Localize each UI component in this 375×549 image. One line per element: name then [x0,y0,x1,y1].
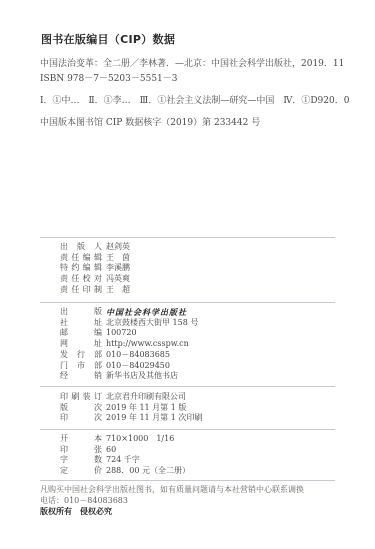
printing-row: 版次2019 年 11 月第 1 版 [60,403,202,414]
staff-value: 王 超 [106,285,130,296]
publisher-row: 门市部010－84029450 [60,361,198,372]
cip-bibliographic-line: 中国法治变革：全二册／李林著．—北京：中国社会科学出版社，2019．11 [40,56,344,69]
staff-row: 特约编辑李溪鹏 [60,263,130,274]
publisher-value: 010－84029450 [106,361,170,372]
footer-notice: 凡购买中国社会科学出版社图书，如有质量问题请与本社营销中心联系调换 [40,484,304,495]
specs-list: 开本710×1000 1/16 印张60 字数724 千字 定价288．00 元… [60,434,190,477]
printing-value: 2019 年 11 月第 1 次印刷 [106,413,202,424]
publisher-value: 新华书店及其他书店 [106,371,178,382]
staff-list: 出版人赵剑英 责任编辑王 茵 特约编辑李溪鹏 责任校对冯英爽 责任印制王 超 [60,242,130,296]
spec-row: 开本710×1000 1/16 [60,434,190,445]
spec-value: 724 千字 [106,455,140,466]
divider [40,429,335,430]
staff-row: 责任印制王 超 [60,285,130,296]
spec-value: 710×1000 1/16 [106,434,174,445]
printing-label: 印次 [60,413,102,424]
divider [40,480,335,481]
publisher-value: 100720 [106,328,137,339]
divider [40,386,335,387]
staff-label: 责任编辑 [60,253,102,264]
staff-value: 李溪鹏 [106,263,130,274]
staff-label: 责任印制 [60,285,102,296]
footer-phone: 电话：010－84083683 [40,495,304,506]
publisher-label: 门市部 [60,361,102,372]
publisher-label: 邮编 [60,328,102,339]
publisher-label: 发行部 [60,350,102,361]
cip-isbn: ISBN 978－7－5203－5551－3 [40,71,178,84]
publisher-row: 发行部010－84083685 [60,350,198,361]
printing-list: 印刷装订北京君升印刷有限公司 版次2019 年 11 月第 1 版 印次2019… [60,392,202,424]
spec-label: 字数 [60,455,102,466]
printing-value: 北京君升印刷有限公司 [106,392,186,403]
publisher-value: 北京鼓楼西大街甲 158 号 [106,318,198,329]
publisher-label: 社址 [60,318,102,329]
staff-row: 责任校对冯英爽 [60,274,130,285]
staff-label: 责任校对 [60,274,102,285]
spec-label: 开本 [60,434,102,445]
spec-label: 印张 [60,445,102,456]
divider [40,237,335,238]
staff-row: 责任编辑王 茵 [60,253,130,264]
footer: 凡购买中国社会科学出版社图书，如有质量问题请与本社营销中心联系调换 电话：010… [40,484,304,517]
printing-label: 印刷装订 [60,392,102,403]
publisher-row: 经销新华书店及其他书店 [60,371,198,382]
publisher-row: 网址http://www.csspw.cn [60,339,198,350]
publisher-row: 社址北京鼓楼西大街甲 158 号 [60,318,198,329]
publisher-row: 出版中国社会科学出版社 [60,307,198,318]
spec-value: 60 [106,445,116,456]
staff-row: 出版人赵剑英 [60,242,130,253]
staff-value: 赵剑英 [106,242,130,253]
publisher-logo: 中国社会科学出版社 [106,307,187,318]
publisher-label: 出版 [60,307,102,318]
staff-label: 特约编辑 [60,263,102,274]
staff-value: 王 茵 [106,253,130,264]
staff-value: 冯英爽 [106,274,130,285]
publisher-row: 邮编100720 [60,328,198,339]
spec-label: 定价 [60,466,102,477]
spec-row: 印张60 [60,445,190,456]
staff-label: 出版人 [60,242,102,253]
publisher-list: 出版中国社会科学出版社 社址北京鼓楼西大街甲 158 号 邮编100720 网址… [60,307,198,382]
cip-classification: Ⅰ．①中… Ⅱ．①李… Ⅲ．①社会主义法制—研究—中国 Ⅳ．①D920．0 [40,93,349,106]
divider [40,302,335,303]
printing-row: 印次2019 年 11 月第 1 次印刷 [60,413,202,424]
printing-row: 印刷装订北京君升印刷有限公司 [60,392,202,403]
publisher-website: http://www.csspw.cn [106,339,189,350]
footer-copyright: 版权所有 侵权必究 [40,506,304,517]
cip-number: 中国版本图书馆 CIP 数据核字（2019）第 233442 号 [40,115,260,128]
publisher-value: 010－84083685 [106,350,170,361]
spec-row: 定价288．00 元（全二册） [60,466,190,477]
publisher-label: 经销 [60,371,102,382]
spec-value: 288．00 元（全二册） [106,466,190,477]
publisher-label: 网址 [60,339,102,350]
cip-heading: 图书在版编目（CIP）数据 [41,31,175,47]
printing-value: 2019 年 11 月第 1 版 [106,403,186,414]
spec-row: 字数724 千字 [60,455,190,466]
printing-label: 版次 [60,403,102,414]
